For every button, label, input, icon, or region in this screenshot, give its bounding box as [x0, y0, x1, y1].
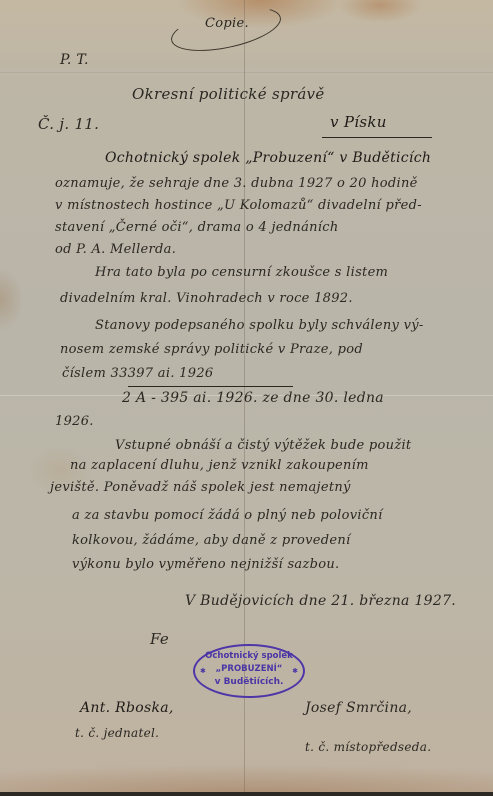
- body-line-11: 2 A - 395 ai. 1926. ze dne 30. ledna: [122, 390, 384, 406]
- body-line-1: Ochotnický spolek „Probuzení“ v Buděticí…: [105, 150, 431, 166]
- body-line-12: 1926.: [55, 414, 94, 429]
- copy-mark: Copie.: [205, 16, 249, 31]
- body-line-8: Stanovy podepsaného spolku byly schválen…: [95, 318, 424, 333]
- addressee-underline: [322, 137, 432, 138]
- addressee-line-1: Okresní politické správě: [132, 85, 325, 103]
- place-and-date: V Budějovicích dne 21. března 1927.: [185, 593, 456, 609]
- stamp-line-3: v Budětiících.: [195, 677, 303, 687]
- salutation: P. T.: [60, 52, 89, 68]
- body-line-16: a za stavbu pomocí žádá o plný neb polov…: [72, 508, 383, 523]
- body-line-13: Vstupné obnáší a čistý výtěžek bude použ…: [115, 438, 411, 453]
- body-line-10: číslem 33397 ai. 1926: [62, 366, 213, 381]
- faint-crease: [0, 72, 493, 73]
- addressee-line-2: v Písku: [330, 113, 387, 131]
- signature-1-role: t. č. jednatel.: [75, 726, 159, 740]
- scan-bottom-edge: [0, 792, 493, 796]
- signature-2-name: Josef Smrčina,: [305, 700, 412, 716]
- body-line-7: divadelním kral. Vinohradech v roce 1892…: [60, 291, 353, 306]
- body-line-18: výkonu bylo vyměřeno nejnižší sazbou.: [72, 557, 339, 572]
- body-line-9: nosem zemské správy politické v Praze, p…: [60, 342, 363, 357]
- reference-number: Č. j. 11.: [38, 115, 99, 133]
- fraction-line: [128, 386, 293, 387]
- body-line-3: v místnostech hostince „U Kolomazů“ diva…: [55, 198, 422, 213]
- body-line-5: od P. A. Mellerda.: [55, 242, 176, 257]
- body-line-4: stavení „Černé oči“, drama o 4 jednáních: [55, 220, 339, 235]
- scanned-document-page: Copie. P. T. Okresní politické správě Č.…: [0, 0, 493, 796]
- body-line-14: na zaplacení dluhu, jenž vznikl zakoupen…: [70, 458, 369, 473]
- body-line-6: Hra tato byla po censurní zkoušce s list…: [95, 265, 388, 280]
- stamp-star-icon: ✱: [292, 667, 298, 675]
- body-line-17: kolkovou, žádáme, aby daně z provedení: [72, 533, 350, 548]
- paraph: Fe: [150, 630, 169, 648]
- signature-2-role: t. č. místopředseda.: [305, 740, 431, 754]
- society-stamp: Ochotnický spolek ✱ „PROBUZENÍ“ ✱ v Budě…: [193, 644, 305, 698]
- stamp-line-1: Ochotnický spolek: [195, 651, 303, 661]
- body-line-15: jeviště. Poněvadž náš spolek jest nemaje…: [50, 480, 351, 495]
- stamp-line-2: „PROBUZENÍ“: [195, 664, 303, 674]
- signature-1-name: Ant. Rboska,: [80, 700, 174, 716]
- body-line-2: oznamuje, že sehraje dne 3. dubna 1927 o…: [55, 176, 418, 191]
